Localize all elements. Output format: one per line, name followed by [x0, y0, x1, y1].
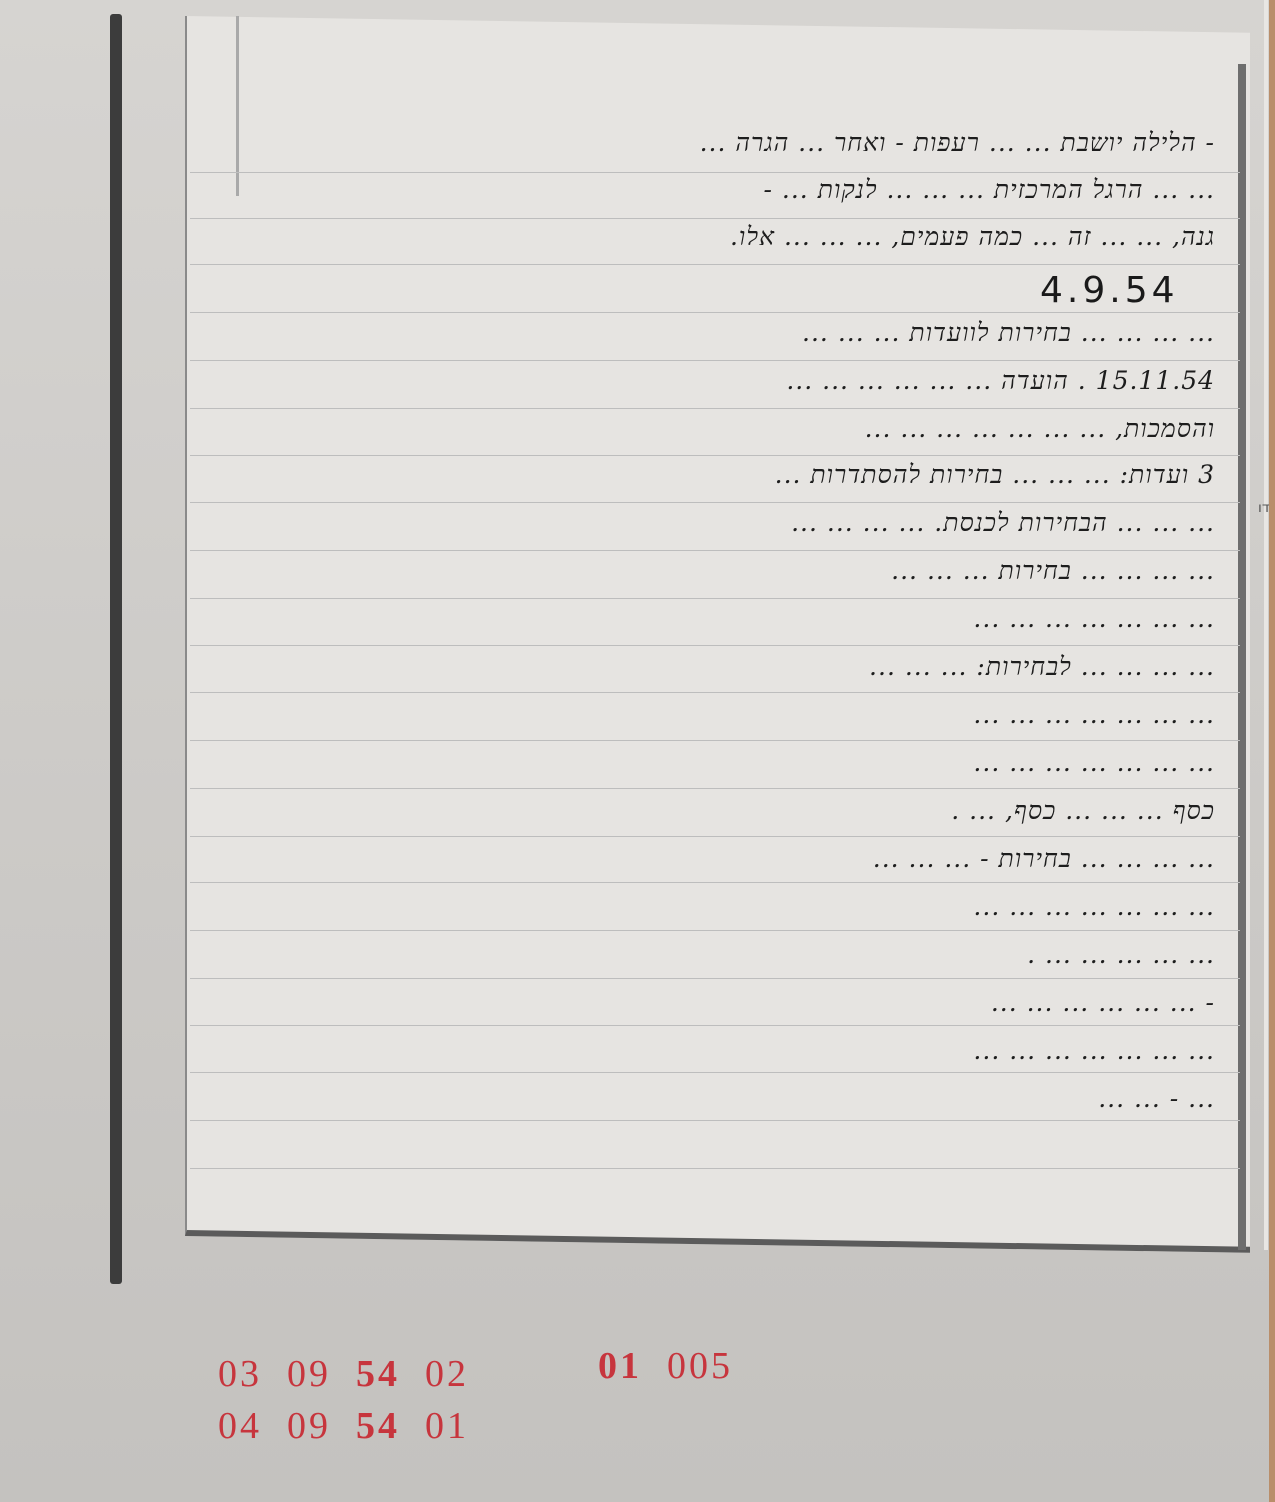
hw-line: ... ... ... ... ... ... ... [215, 892, 1215, 921]
hw-line: ... ... הרגל המרכזית ... ... ... לנקות .… [215, 175, 1215, 205]
page-edge [1264, 0, 1268, 1250]
hw-line: והסמכות, ... ... ... ... ... ... ... [215, 414, 1215, 444]
wood-edge [1269, 0, 1275, 1502]
date-heading: 4.9.54 [1040, 270, 1179, 311]
hw-line: ... ... ... הבחירות לכנסת. ... ... ... .… [215, 508, 1215, 538]
page-number-stamp: 01 005 [598, 1344, 733, 1388]
hw-line: ... ... ... ... בחירות - ... ... ... [215, 844, 1215, 874]
hw-line: - הלילה יושבת ... ... רעפות - ואחר ... ה… [215, 128, 1215, 158]
hw-line: - ... ... ... ... ... ... [215, 988, 1215, 1017]
hw-line: ... ... ... ... ... ... ... [215, 700, 1215, 729]
hw-line: ... - ... ... [215, 1084, 1215, 1113]
hw-line: ... ... ... ... ... ... ... [215, 748, 1215, 777]
hw-line: ... ... ... ... ... ... ... [215, 1036, 1215, 1065]
date-stamp-row-2: 04 09 54 01 [218, 1404, 469, 1448]
hw-line: ... ... ... ... בחירות לוועדות ... ... .… [215, 318, 1215, 348]
margin-mark: דו [1258, 500, 1269, 516]
hw-line: ... ... ... ... ... . [215, 940, 1215, 969]
hw-line: 15.11.54 . הועדה ... ... ... ... ... ... [215, 366, 1215, 396]
hw-line: ... ... ... ... ... ... ... [215, 604, 1215, 633]
hw-line: 3 ועדות: ... ... ... בחירות להסתדרות ... [215, 460, 1215, 490]
hw-line: ... ... ... ... בחירות ... ... ... [215, 556, 1215, 586]
hw-line: כסף ... ... ... כסף, ... . [215, 796, 1215, 826]
date-stamp-row-1: 03 09 54 02 [218, 1352, 469, 1396]
hw-line: גנה, ... ... זה ... כמה פעמים, ... ... .… [215, 222, 1215, 252]
hw-line: ... ... ... ... לבחירות: ... ... ... [215, 652, 1215, 682]
page-left-faint-line [236, 16, 239, 196]
binder-rule [110, 14, 122, 1284]
